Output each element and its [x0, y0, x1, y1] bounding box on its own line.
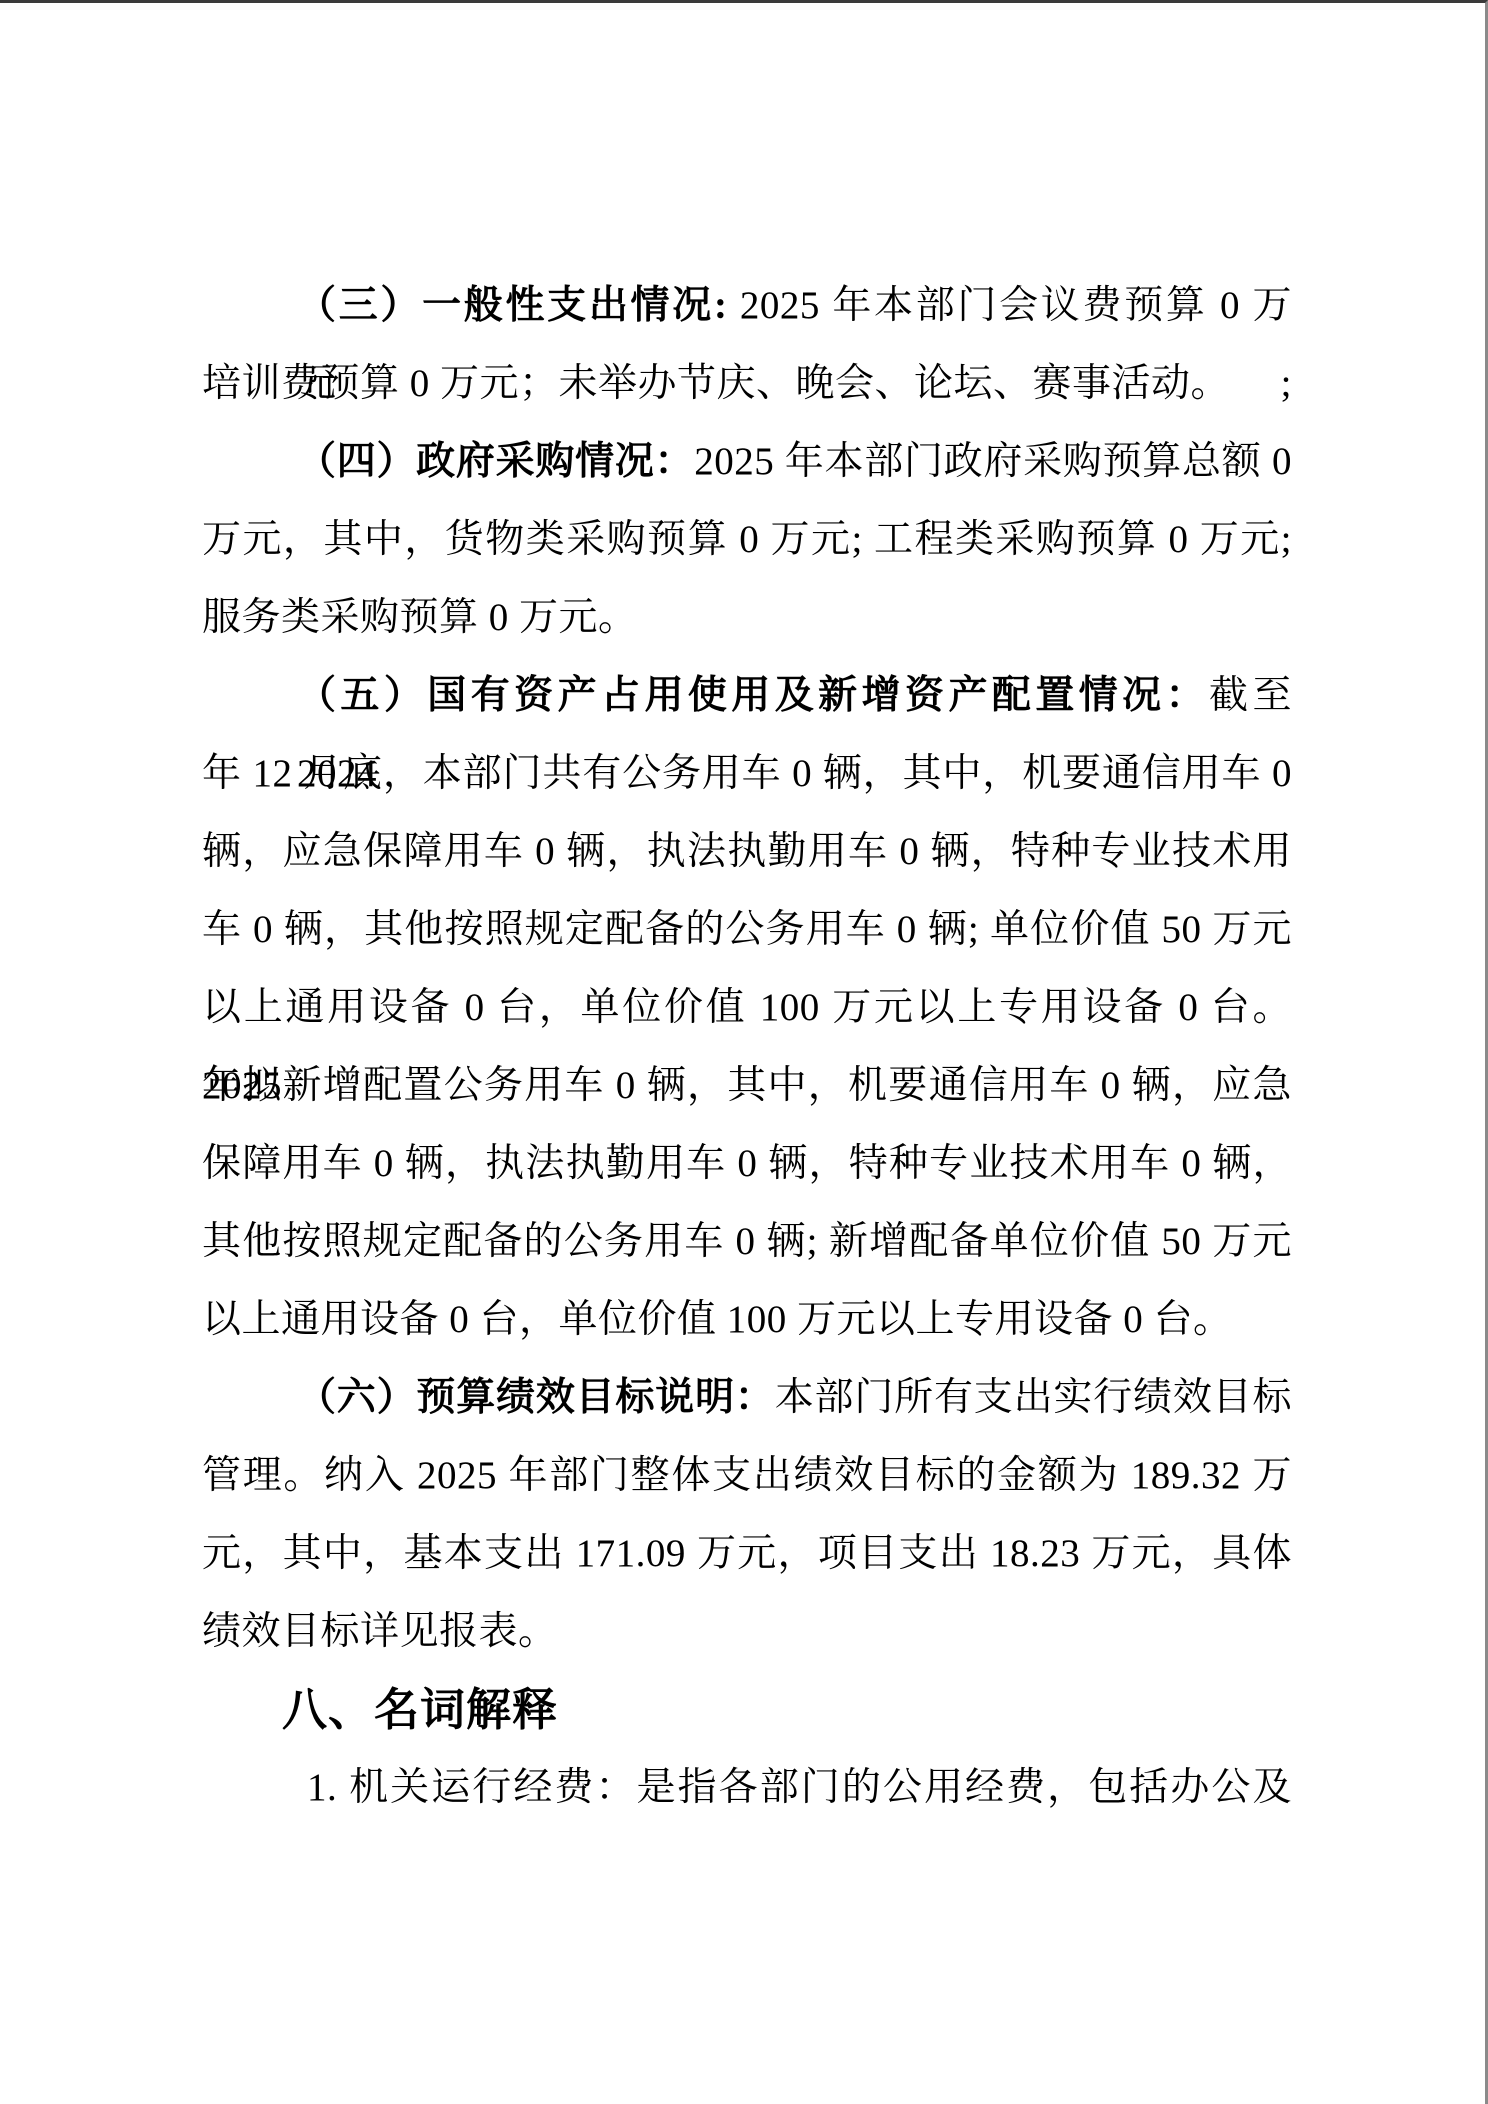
text-line: 1. 机关运行经费：是指各部门的公用经费，包括办公及	[202, 1749, 1292, 1827]
text-line: （六）预算绩效目标说明：本部门所有支出实行绩效目标	[202, 1359, 1292, 1437]
section-heading-terms: 八、名词解释	[202, 1671, 1292, 1749]
paragraph-6-budget-performance-targets: （六）预算绩效目标说明：本部门所有支出实行绩效目标管理。纳入 2025 年部门整…	[202, 1359, 1292, 1671]
text-line: 年拟新增配置公务用车 0 辆，其中，机要通信用车 0 辆，应急	[202, 1047, 1292, 1125]
paragraph-lead: （五）国有资产占用使用及新增资产配置情况：	[297, 674, 1209, 717]
text-line: （四）政府采购情况：2025 年本部门政府采购预算总额 0	[202, 423, 1292, 501]
text-line: 绩效目标详见报表。	[202, 1593, 1292, 1671]
text-line: 年 12 月底，本部门共有公务用车 0 辆，其中，机要通信用车 0	[202, 735, 1292, 813]
paragraph-3-general-expenditure: （三）一般性支出情况: 2025 年本部门会议费预算 0 万元;培训费预算 0 …	[202, 267, 1292, 423]
text-line: 服务类采购预算 0 万元。	[202, 579, 1292, 657]
text-block: （三）一般性支出情况: 2025 年本部门会议费预算 0 万元;培训费预算 0 …	[202, 267, 1292, 1827]
text-line: （三）一般性支出情况: 2025 年本部门会议费预算 0 万元;	[202, 267, 1292, 345]
text-line: 元，其中，基本支出 171.09 万元，项目支出 18.23 万元，具体	[202, 1515, 1292, 1593]
paragraph-lead: （四）政府采购情况：	[297, 440, 694, 483]
paragraph-term-1-agency-operating-funds: 1. 机关运行经费：是指各部门的公用经费，包括办公及	[202, 1749, 1292, 1827]
text-line: 以上通用设备 0 台，单位价值 100 万元以上专用设备 0 台。2025	[202, 969, 1292, 1047]
document-page: （三）一般性支出情况: 2025 年本部门会议费预算 0 万元;培训费预算 0 …	[0, 0, 1488, 2104]
text-line: 保障用车 0 辆，执法执勤用车 0 辆，特种专业技术用车 0 辆，	[202, 1125, 1292, 1203]
text-line: 培训费预算 0 万元；未举办节庆、晚会、论坛、赛事活动。	[202, 345, 1292, 423]
paragraph-4-government-procurement: （四）政府采购情况：2025 年本部门政府采购预算总额 0万元，其中，货物类采购…	[202, 423, 1292, 657]
text-line: 车 0 辆，其他按照规定配备的公务用车 0 辆; 单位价值 50 万元	[202, 891, 1292, 969]
text-line: 辆，应急保障用车 0 辆，执法执勤用车 0 辆，特种专业技术用	[202, 813, 1292, 891]
paragraph-lead: （六）预算绩效目标说明：	[297, 1376, 775, 1419]
text-line: 万元，其中，货物类采购预算 0 万元; 工程类采购预算 0 万元;	[202, 501, 1292, 579]
text-line: 其他按照规定配备的公务用车 0 辆; 新增配备单位价值 50 万元	[202, 1203, 1292, 1281]
paragraph-5-state-owned-assets: （五）国有资产占用使用及新增资产配置情况：截至 2024年 12 月底，本部门共…	[202, 657, 1292, 1359]
paragraph-lead: （三）一般性支出情况:	[297, 284, 727, 327]
text-line: 以上通用设备 0 台，单位价值 100 万元以上专用设备 0 台。	[202, 1281, 1292, 1359]
text-line: （五）国有资产占用使用及新增资产配置情况：截至 2024	[202, 657, 1292, 735]
text-line: 管理。纳入 2025 年部门整体支出绩效目标的金额为 189.32 万	[202, 1437, 1292, 1515]
